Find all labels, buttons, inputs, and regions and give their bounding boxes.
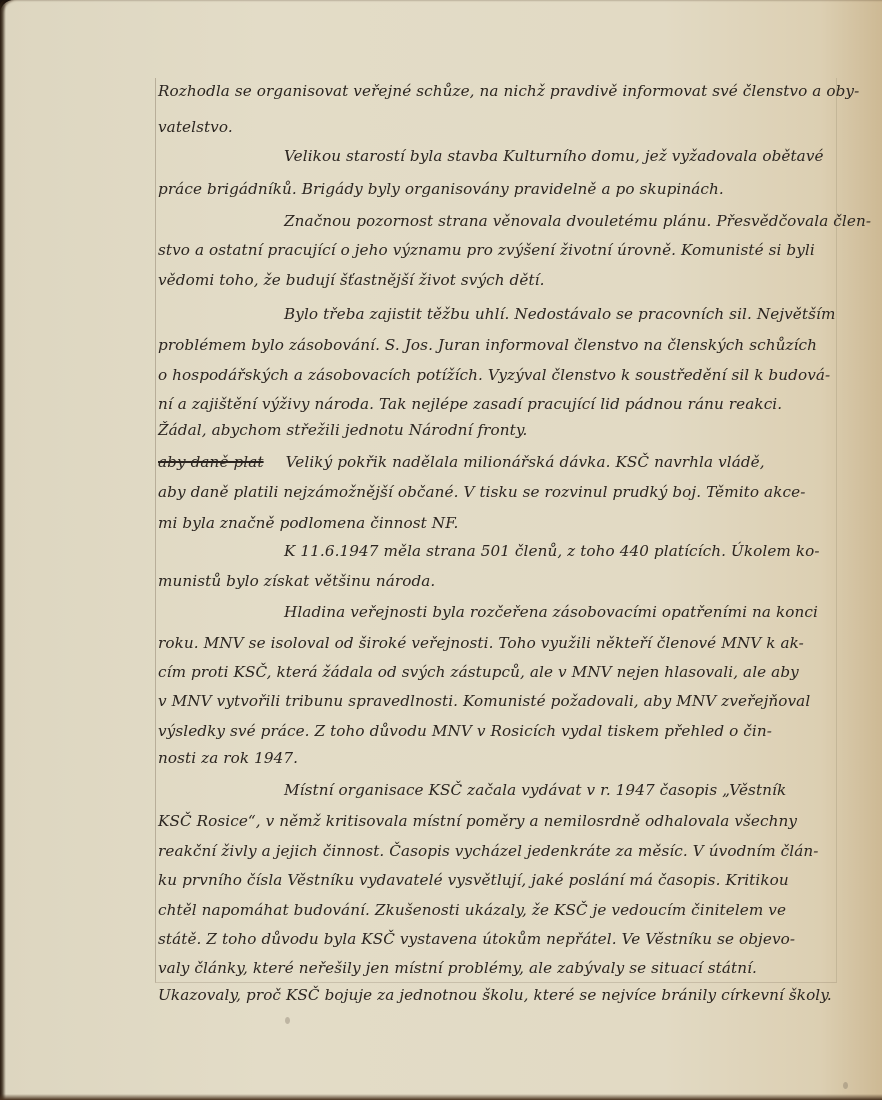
text-line: Hladina veřejnosti byla rozčeřena zásobo… [284, 603, 818, 621]
text-line: cím proti KSČ, která žádala od svých zás… [158, 663, 799, 681]
text-line: Žádal, abychom střežili jednotu Národní … [158, 421, 527, 439]
paper-stain [285, 1017, 290, 1024]
text-line: aby daně platili nejzámožnější občané. V… [158, 483, 805, 501]
text-line: Velikou starostí byla stavba Kulturního … [284, 147, 824, 165]
text-line: reakční živly a jejich činnost. Časopis … [158, 842, 819, 860]
paper-stain [843, 1082, 848, 1089]
text-line: valy články, které neřešily jen místní p… [158, 959, 757, 977]
text-line: výsledky své práce. Z toho důvodu MNV v … [158, 722, 772, 740]
text-line: vědomi toho, že budují šťastnější život … [158, 271, 545, 289]
struck-through-text: aby daně plat [158, 453, 264, 471]
text-line: Rozhodla se organisovat veřejné schůze, … [158, 82, 859, 100]
text-line: K 11.6.1947 měla strana 501 členů, z toh… [284, 542, 820, 560]
text-line: Místní organisace KSČ začala vydávat v r… [284, 781, 786, 799]
text-line: Bylo třeba zajistit těžbu uhlí. Nedostáv… [284, 305, 835, 323]
text-line: mi byla značně podlomena činnost NF. [158, 514, 458, 532]
text-line-with-strikethrough: aby daně platVeliký pokřik nadělala mili… [158, 453, 765, 471]
text-line: munistů bylo získat většinu národa. [158, 572, 435, 590]
document-page: Rozhodla se organisovat veřejné schůze, … [0, 0, 882, 1100]
text-line: státě. Z toho důvodu byla KSČ vystavena … [158, 930, 795, 948]
text-line: problémem bylo zásobování. S. Jos. Juran… [158, 336, 817, 354]
text-line: práce brigádníků. Brigády byly organisov… [158, 180, 724, 198]
text-line: vatelstvo. [158, 118, 233, 136]
text-line: o hospodářských a zásobovacích potížích.… [158, 366, 830, 384]
text-line: Ukazovaly, proč KSČ bojuje za jednotnou … [158, 986, 832, 1004]
text-line: roku. MNV se isoloval od široké veřejnos… [158, 634, 804, 652]
text-line-content: Veliký pokřik nadělala milionářská dávka… [286, 453, 765, 471]
text-line: ní a zajištění výživy národa. Tak nejlép… [158, 395, 782, 413]
text-line: KSČ Rosice“, v němž kritisovala místní p… [158, 812, 797, 830]
text-line: ku prvního čísla Věstníku vydavatelé vys… [158, 871, 789, 889]
text-line: v MNV vytvořili tribunu spravedlnosti. K… [158, 692, 810, 710]
text-line: chtěl napomáhat budování. Zkušenosti uká… [158, 901, 786, 919]
ruled-text-frame: Rozhodla se organisovat veřejné schůze, … [155, 78, 837, 983]
page-bottom-edge [0, 1094, 882, 1100]
text-line: nosti za rok 1947. [158, 749, 298, 767]
text-line: Značnou pozornost strana věnovala dvoule… [284, 212, 871, 230]
text-line: stvo a ostatní pracující o jeho významu … [158, 241, 815, 259]
